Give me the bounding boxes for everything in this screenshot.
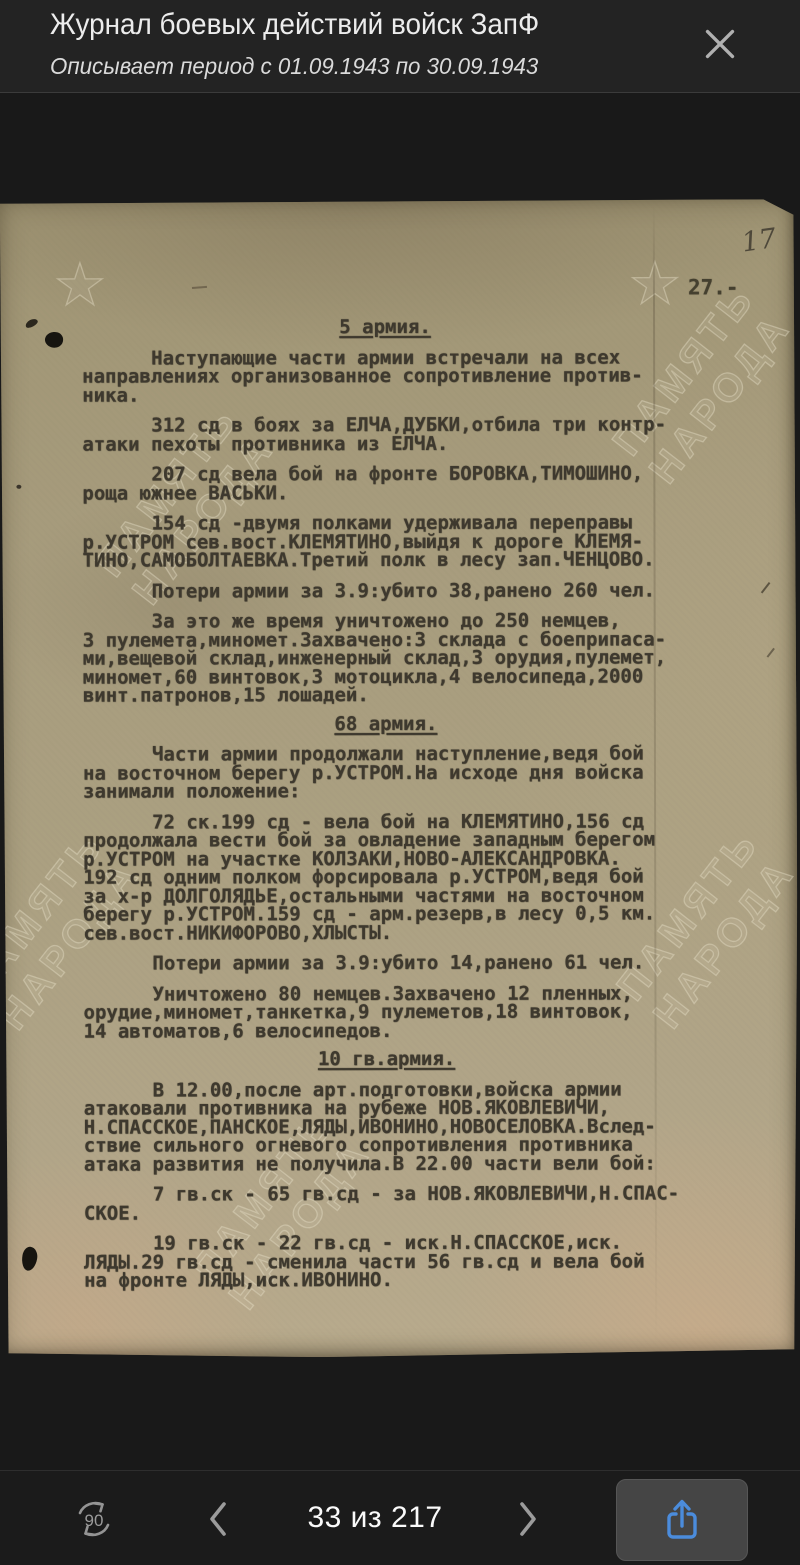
section-heading: 68 армия.: [83, 714, 689, 734]
paragraph: 207 сд вела бой на фронте БОРОВКА,ТИМОШИ…: [82, 464, 688, 502]
typed-line: 14 автоматов,6 велосипедов.: [84, 1021, 690, 1041]
close-icon: [703, 27, 737, 61]
next-page-button[interactable]: [508, 1495, 548, 1543]
chevron-left-icon: [209, 1502, 227, 1536]
paragraph: 154 сд -двумя полками удерживала перепра…: [82, 513, 688, 570]
paragraph: 7 гв.ск - 65 гв.сд - за НОВ.ЯКОВЛЕВИЧИ,Н…: [84, 1184, 690, 1222]
paragraph: Части армии продолжали наступление,ведя …: [83, 744, 689, 801]
typed-line: винт.патронов,15 лошадей.: [83, 685, 689, 705]
paragraph: В 12.00,после арт.подготовки,войска арми…: [84, 1080, 690, 1174]
rotate-degrees-label: 90: [60, 1511, 128, 1531]
share-button[interactable]: [616, 1479, 748, 1561]
paragraph: Потери армии за 3.9:убито 14,ранено 61 ч…: [83, 953, 689, 973]
typed-line: роща южнее ВАСЬКИ.: [82, 483, 688, 503]
viewer-toolbar: 90 33 из 217: [0, 1470, 800, 1565]
paragraph: За это же время уничтожено до 250 немцев…: [83, 611, 689, 705]
page-indicator: 33 из 217: [250, 1500, 500, 1536]
handwritten-page-number: 17: [740, 223, 778, 259]
paragraph: 72 ск.199 сд - вела бой на КЛЕМЯТИНО,156…: [83, 812, 689, 943]
typed-line: СКОЕ.: [84, 1203, 690, 1223]
typed-line: Потери армии за 3.9:убито 38,ранено 260 …: [83, 581, 689, 601]
typed-line: на фронте ЛЯДЫ,иск.ИВОНИНО.: [84, 1270, 690, 1290]
paragraph: 312 сд в боях за ЕЛЧА,ДУБКИ,отбила три к…: [82, 415, 688, 453]
chevron-right-icon: [519, 1502, 537, 1536]
typed-line: атаки пехоты противника из ЕЛЧА.: [82, 434, 688, 454]
watermark-layer: ★ПАМЯТЬНАРОДА★ПАМЯТЬНАРОДАПАМЯТЬНАРОДАПА…: [0, 199, 796, 201]
typed-line: 207 сд вела бой на фронте БОРОВКА,ТИМОШИ…: [82, 464, 688, 484]
typed-line: сев.вост.НИКИФОРОВО,ХЛЫСТЫ.: [83, 923, 689, 943]
ink-blot: [24, 317, 39, 329]
paragraph: Уничтожено 80 немцев.Захвачено 12 пленны…: [83, 984, 689, 1041]
typed-line: занимали положение:: [83, 781, 689, 801]
typed-line: 7 гв.ск - 65 гв.сд - за НОВ.ЯКОВЛЕВИЧИ,Н…: [84, 1184, 690, 1204]
typed-text: 5 армия.Наступающие части армии встречал…: [82, 317, 690, 1290]
viewer-header: Журнал боевых действий войск ЗапФ Описыв…: [0, 0, 800, 93]
close-button[interactable]: [696, 20, 744, 68]
paragraph: Наступающие части армии встречали на все…: [82, 348, 688, 405]
typed-page-number: 27.-: [688, 275, 739, 299]
share-icon: [662, 1496, 702, 1544]
ink-blot: [43, 330, 65, 350]
ink-speck: [16, 485, 21, 489]
section-heading: 5 армия.: [82, 317, 688, 337]
document-viewer: Журнал боевых действий войск ЗапФ Описыв…: [0, 0, 800, 1565]
star-watermark-icon: ★: [54, 257, 106, 315]
pen-mark: [192, 286, 207, 289]
document-period-subtitle: Описывает период с 01.09.1943 по 30.09.1…: [50, 53, 538, 79]
pen-mark: [767, 648, 775, 658]
previous-page-button[interactable]: [198, 1495, 238, 1543]
pen-mark: [761, 582, 771, 593]
typed-line: направлениях организованное сопротивлени…: [82, 366, 688, 386]
rotate-button[interactable]: 90: [60, 1494, 128, 1548]
typed-line: ника.: [82, 385, 688, 405]
typed-line: Потери армии за 3.9:убито 14,ранено 61 ч…: [83, 953, 689, 973]
ink-blot: [20, 1246, 39, 1272]
typed-line: ТИНО,САМОБОЛТАЕВКА.Третий полк в лесу за…: [83, 550, 689, 570]
section-heading: 10 гв.армия.: [84, 1049, 690, 1069]
viewer-canvas[interactable]: ★ПАМЯТЬНАРОДА★ПАМЯТЬНАРОДАПАМЯТЬНАРОДАПА…: [0, 93, 800, 1470]
document-title: Журнал боевых действий войск ЗапФ: [50, 8, 539, 42]
paragraph: 19 гв.ск - 22 гв.сд - иск.Н.СПАССКОЕ,иск…: [84, 1233, 690, 1290]
typed-line: атака развития не получила.В 22.00 части…: [84, 1154, 690, 1174]
paragraph: Потери армии за 3.9:убито 38,ранено 260 …: [83, 581, 689, 601]
scanned-page: ★ПАМЯТЬНАРОДА★ПАМЯТЬНАРОДАПАМЯТЬНАРОДАПА…: [0, 199, 798, 1358]
